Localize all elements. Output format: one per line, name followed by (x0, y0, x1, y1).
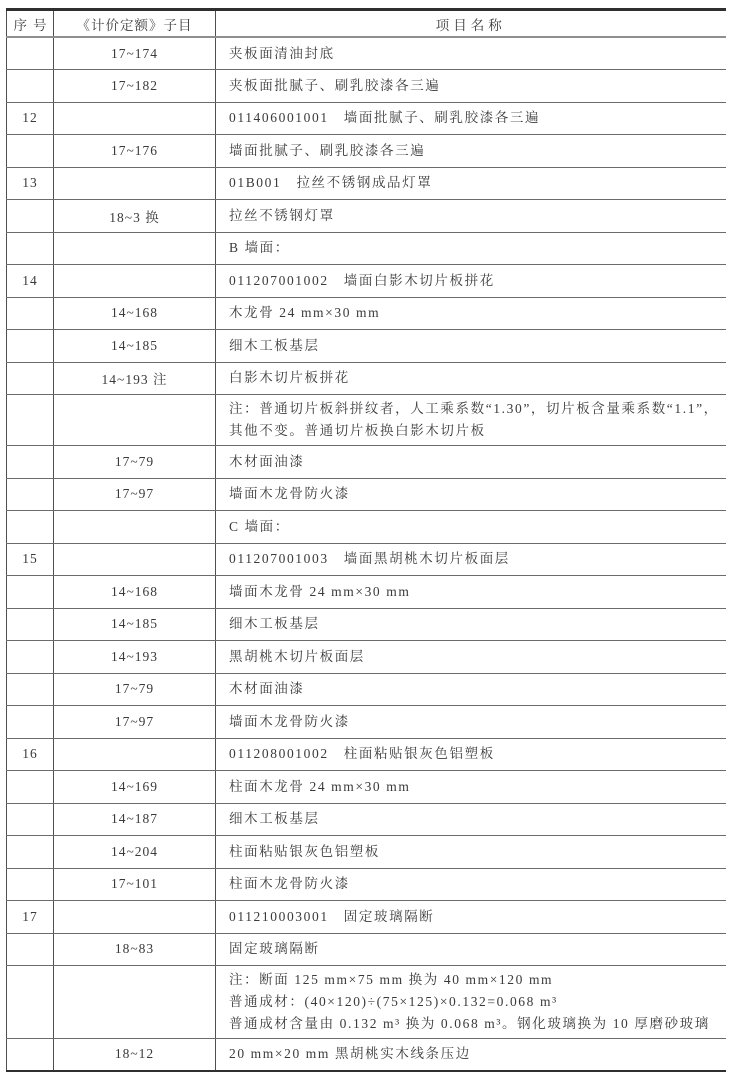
cell-serial-number: 15 (7, 543, 54, 576)
table-body: 17~174夹板面清油封底17~182夹板面批腻子、刷乳胶漆各三遍1201140… (7, 37, 726, 1071)
cell-project-name: 木龙骨 24 mm×30 mm (216, 297, 726, 330)
cell-project-name: 柱面木龙骨 24 mm×30 mm (216, 771, 726, 804)
table-row: 14~168木龙骨 24 mm×30 mm (7, 297, 726, 330)
cell-quota-code: 18~83 (54, 933, 216, 966)
cell-quota-code: 17~97 (54, 706, 216, 739)
table-row: 17~79木材面油漆 (7, 673, 726, 706)
cell-project-name: B 墙面： (216, 232, 726, 265)
cell-serial-number (7, 1039, 54, 1072)
cell-project-name: 细木工板基层 (216, 330, 726, 363)
table-row: 12011406001001 墙面批腻子、刷乳胶漆各三遍 (7, 102, 726, 135)
header-serial-number: 序号 (7, 10, 54, 38)
cell-quota-code (54, 265, 216, 298)
cell-project-name: 墙面木龙骨防火漆 (216, 706, 726, 739)
cell-quota-code (54, 543, 216, 576)
cell-serial-number (7, 70, 54, 103)
cell-project-name: 夹板面批腻子、刷乳胶漆各三遍 (216, 70, 726, 103)
cell-serial-number (7, 232, 54, 265)
cell-project-name: 白影木切片板拼花 (216, 362, 726, 395)
cell-project-name: 木材面油漆 (216, 673, 726, 706)
table-row: 14~168墙面木龙骨 24 mm×30 mm (7, 576, 726, 609)
cell-serial-number (7, 446, 54, 479)
cell-quota-code: 14~204 (54, 836, 216, 869)
cell-quota-code: 17~79 (54, 673, 216, 706)
cell-serial-number (7, 966, 54, 1039)
cell-project-name: 011406001001 墙面批腻子、刷乳胶漆各三遍 (216, 102, 726, 135)
cell-project-name: 木材面油漆 (216, 446, 726, 479)
cell-quota-code: 14~168 (54, 576, 216, 609)
cell-serial-number (7, 200, 54, 233)
cell-serial-number: 12 (7, 102, 54, 135)
cell-serial-number (7, 673, 54, 706)
cell-serial-number: 17 (7, 901, 54, 934)
cell-quota-code (54, 966, 216, 1039)
cell-project-name: 011207001003 墙面黑胡桃木切片板面层 (216, 543, 726, 576)
cell-serial-number (7, 511, 54, 544)
cell-serial-number (7, 803, 54, 836)
table-row: 15011207001003 墙面黑胡桃木切片板面层 (7, 543, 726, 576)
cell-project-name: 011208001002 柱面粘贴银灰色铝塑板 (216, 738, 726, 771)
table-row: 14~187细木工板基层 (7, 803, 726, 836)
cell-quota-code (54, 232, 216, 265)
cell-project-name: 墙面木龙骨 24 mm×30 mm (216, 576, 726, 609)
cell-quota-code: 17~176 (54, 135, 216, 168)
cell-serial-number (7, 478, 54, 511)
cell-quota-code: 17~79 (54, 446, 216, 479)
cell-serial-number (7, 608, 54, 641)
quota-items-table: 序号 《计价定额》子目 项目名称 17~174夹板面清油封底17~182夹板面批… (6, 8, 726, 1072)
table-row: 18~83固定玻璃隔断 (7, 933, 726, 966)
table-row: 18~1220 mm×20 mm 黑胡桃实木线条压边 (7, 1039, 726, 1072)
cell-project-name: 注：普通切片板斜拼纹者，人工乘系数“1.30”，切片板含量乘系数“1.1”， 其… (216, 395, 726, 446)
cell-project-name: 01B001 拉丝不锈钢成品灯罩 (216, 167, 726, 200)
cell-project-name: 柱面木龙骨防火漆 (216, 868, 726, 901)
cell-serial-number: 16 (7, 738, 54, 771)
table-row: 17~176墙面批腻子、刷乳胶漆各三遍 (7, 135, 726, 168)
cell-serial-number (7, 706, 54, 739)
table-row: 17~174夹板面清油封底 (7, 37, 726, 70)
table-row: 1301B001 拉丝不锈钢成品灯罩 (7, 167, 726, 200)
cell-quota-code: 14~187 (54, 803, 216, 836)
cell-quota-code: 17~174 (54, 37, 216, 70)
header-quota-subitem: 《计价定额》子目 (54, 10, 216, 38)
cell-quota-code (54, 102, 216, 135)
cell-project-name: 20 mm×20 mm 黑胡桃实木线条压边 (216, 1039, 726, 1072)
cell-quota-code (54, 511, 216, 544)
cell-quota-code: 14~169 (54, 771, 216, 804)
cell-project-name: 夹板面清油封底 (216, 37, 726, 70)
table-row: 14011207001002 墙面白影木切片板拼花 (7, 265, 726, 298)
cell-project-name: 细木工板基层 (216, 608, 726, 641)
cell-quota-code: 14~185 (54, 608, 216, 641)
cell-quota-code (54, 395, 216, 446)
cell-project-name: 011210003001 固定玻璃隔断 (216, 901, 726, 934)
cell-serial-number (7, 836, 54, 869)
cell-serial-number (7, 933, 54, 966)
cell-project-name: 011207001002 墙面白影木切片板拼花 (216, 265, 726, 298)
table-row: 14~185细木工板基层 (7, 608, 726, 641)
table-row: 16011208001002 柱面粘贴银灰色铝塑板 (7, 738, 726, 771)
cell-serial-number (7, 641, 54, 674)
table-header-row: 序号 《计价定额》子目 项目名称 (7, 10, 726, 38)
cell-serial-number (7, 330, 54, 363)
cell-project-name: 柱面粘贴银灰色铝塑板 (216, 836, 726, 869)
cell-serial-number (7, 771, 54, 804)
cell-project-name: 注：断面 125 mm×75 mm 换为 40 mm×120 mm 普通成材：(… (216, 966, 726, 1039)
cell-serial-number (7, 135, 54, 168)
table-row: 14~169柱面木龙骨 24 mm×30 mm (7, 771, 726, 804)
cell-serial-number: 14 (7, 265, 54, 298)
table-row: C 墙面： (7, 511, 726, 544)
cell-serial-number (7, 297, 54, 330)
cell-project-name: 墙面木龙骨防火漆 (216, 478, 726, 511)
cell-quota-code (54, 901, 216, 934)
header-project-name: 项目名称 (216, 10, 726, 38)
cell-quota-code: 14~193 (54, 641, 216, 674)
cell-project-name: 固定玻璃隔断 (216, 933, 726, 966)
table-row: 18~3 换拉丝不锈钢灯罩 (7, 200, 726, 233)
cell-quota-code: 17~101 (54, 868, 216, 901)
cell-quota-code: 14~168 (54, 297, 216, 330)
scanned-document-page: 序号 《计价定额》子目 项目名称 17~174夹板面清油封底17~182夹板面批… (0, 0, 733, 1072)
cell-project-name: 拉丝不锈钢灯罩 (216, 200, 726, 233)
cell-quota-code: 14~185 (54, 330, 216, 363)
table-row: B 墙面： (7, 232, 726, 265)
cell-serial-number (7, 395, 54, 446)
cell-quota-code: 17~182 (54, 70, 216, 103)
cell-quota-code: 14~193 注 (54, 362, 216, 395)
cell-serial-number (7, 37, 54, 70)
table-row: 14~204柱面粘贴银灰色铝塑板 (7, 836, 726, 869)
cell-quota-code (54, 167, 216, 200)
cell-serial-number (7, 868, 54, 901)
table-row: 17~97墙面木龙骨防火漆 (7, 478, 726, 511)
cell-quota-code (54, 738, 216, 771)
table-row: 注：普通切片板斜拼纹者，人工乘系数“1.30”，切片板含量乘系数“1.1”， 其… (7, 395, 726, 446)
table-row: 14~193黑胡桃木切片板面层 (7, 641, 726, 674)
table-row: 17~182夹板面批腻子、刷乳胶漆各三遍 (7, 70, 726, 103)
cell-serial-number (7, 362, 54, 395)
table-row: 14~193 注白影木切片板拼花 (7, 362, 726, 395)
cell-quota-code: 18~12 (54, 1039, 216, 1072)
cell-serial-number (7, 576, 54, 609)
cell-project-name: C 墙面： (216, 511, 726, 544)
table-row: 17~97墙面木龙骨防火漆 (7, 706, 726, 739)
table-row: 17~79木材面油漆 (7, 446, 726, 479)
cell-project-name: 黑胡桃木切片板面层 (216, 641, 726, 674)
cell-serial-number: 13 (7, 167, 54, 200)
table-row: 注：断面 125 mm×75 mm 换为 40 mm×120 mm 普通成材：(… (7, 966, 726, 1039)
table-row: 14~185细木工板基层 (7, 330, 726, 363)
cell-project-name: 墙面批腻子、刷乳胶漆各三遍 (216, 135, 726, 168)
cell-project-name: 细木工板基层 (216, 803, 726, 836)
cell-quota-code: 17~97 (54, 478, 216, 511)
table-row: 17011210003001 固定玻璃隔断 (7, 901, 726, 934)
table-row: 17~101柱面木龙骨防火漆 (7, 868, 726, 901)
cell-quota-code: 18~3 换 (54, 200, 216, 233)
